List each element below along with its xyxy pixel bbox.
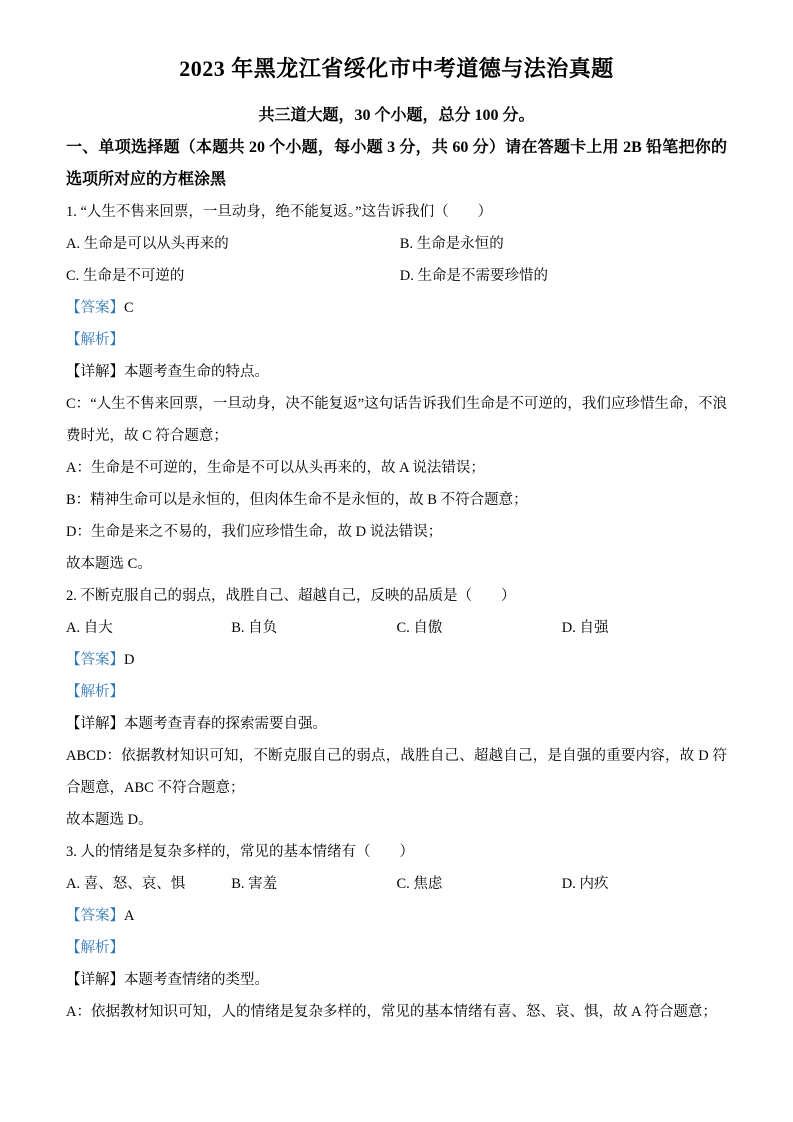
- explanation-conclusion: 故本题选 D。: [66, 804, 727, 836]
- analysis-label: 【解析】: [66, 684, 124, 700]
- option-b: B. 自负: [231, 612, 396, 644]
- explanation-paragraph: 【详解】本题考查生命的特点。: [66, 356, 727, 388]
- answer-value: D: [124, 652, 134, 668]
- answer-line: 【答案】D: [66, 644, 727, 676]
- option-b: B. 害羞: [231, 868, 396, 900]
- analysis-line: 【解析】: [66, 932, 727, 964]
- page-title: 2023 年黑龙江省绥化市中考道德与法治真题: [66, 50, 727, 88]
- options-grid: A. 自大 B. 自负 C. 自傲 D. 自强: [66, 612, 727, 644]
- explanation-paragraph: A：依据教材知识可知，人的情绪是复杂多样的，常见的基本情绪有喜、怒、哀、惧，故 …: [66, 996, 727, 1028]
- explanation-paragraph: 【详解】本题考查青春的探索需要自强。: [66, 708, 727, 740]
- explanation-paragraph: D：生命是来之不易的，我们应珍惜生命，故 D 说法错误；: [66, 516, 727, 548]
- page-subtitle: 共三道大题，30 个小题，总分 100 分。: [66, 100, 727, 132]
- analysis-line: 【解析】: [66, 324, 727, 356]
- answer-line: 【答案】A: [66, 900, 727, 932]
- question-stem: 3. 人的情绪是复杂多样的，常见的基本情绪有（ ）: [66, 836, 727, 868]
- option-c: C. 焦虑: [397, 868, 562, 900]
- option-a: A. 自大: [66, 612, 231, 644]
- analysis-label: 【解析】: [66, 332, 124, 348]
- question-stem: 1. “人生不售来回票，一旦动身，绝不能复返。”这告诉我们（ ）: [66, 196, 727, 228]
- analysis-line: 【解析】: [66, 676, 727, 708]
- question-block-1: 1. “人生不售来回票，一旦动身，绝不能复返。”这告诉我们（ ） A. 生命是可…: [66, 196, 727, 580]
- section-heading: 一、单项选择题（本题共 20 个小题，每小题 3 分，共 60 分）请在答题卡上…: [66, 132, 727, 196]
- exam-document-page: 2023 年黑龙江省绥化市中考道德与法治真题 共三道大题，30 个小题，总分 1…: [0, 0, 793, 1122]
- option-a: A. 喜、怒、哀、惧: [66, 868, 231, 900]
- answer-label: 【答案】: [66, 652, 124, 668]
- question-block-3: 3. 人的情绪是复杂多样的，常见的基本情绪有（ ） A. 喜、怒、哀、惧 B. …: [66, 836, 727, 1028]
- option-d: D. 生命是不需要珍惜的: [400, 260, 727, 292]
- answer-label: 【答案】: [66, 300, 124, 316]
- explanation-paragraph: B：精神生命可以是永恒的，但肉体生命不是永恒的，故 B 不符合题意；: [66, 484, 727, 516]
- explanation-paragraph: ABCD：依据教材知识可知，不断克服自己的弱点，战胜自己、超越自己，是自强的重要…: [66, 740, 727, 804]
- option-c: C. 自傲: [397, 612, 562, 644]
- answer-line: 【答案】C: [66, 292, 727, 324]
- explanation-conclusion: 故本题选 C。: [66, 548, 727, 580]
- options-grid: A. 喜、怒、哀、惧 B. 害羞 C. 焦虑 D. 内疚: [66, 868, 727, 900]
- analysis-label: 【解析】: [66, 940, 124, 956]
- question-block-2: 2. 不断克服自己的弱点，战胜自己、超越自己，反映的品质是（ ） A. 自大 B…: [66, 580, 727, 836]
- option-d: D. 自强: [562, 612, 727, 644]
- option-d: D. 内疚: [562, 868, 727, 900]
- explanation-paragraph: A：生命是不可逆的，生命是不可以从头再来的，故 A 说法错误；: [66, 452, 727, 484]
- explanation-paragraph: 【详解】本题考查情绪的类型。: [66, 964, 727, 996]
- options-grid: A. 生命是可以从头再来的 B. 生命是永恒的 C. 生命是不可逆的 D. 生命…: [66, 228, 727, 292]
- option-c: C. 生命是不可逆的: [66, 260, 400, 292]
- answer-label: 【答案】: [66, 908, 124, 924]
- option-a: A. 生命是可以从头再来的: [66, 228, 400, 260]
- explanation-paragraph: C：“人生不售来回票，一旦动身，决不能复返”这句话告诉我们生命是不可逆的，我们应…: [66, 388, 727, 452]
- question-stem: 2. 不断克服自己的弱点，战胜自己、超越自己，反映的品质是（ ）: [66, 580, 727, 612]
- answer-value: A: [124, 908, 134, 924]
- option-b: B. 生命是永恒的: [400, 228, 727, 260]
- answer-value: C: [124, 300, 134, 316]
